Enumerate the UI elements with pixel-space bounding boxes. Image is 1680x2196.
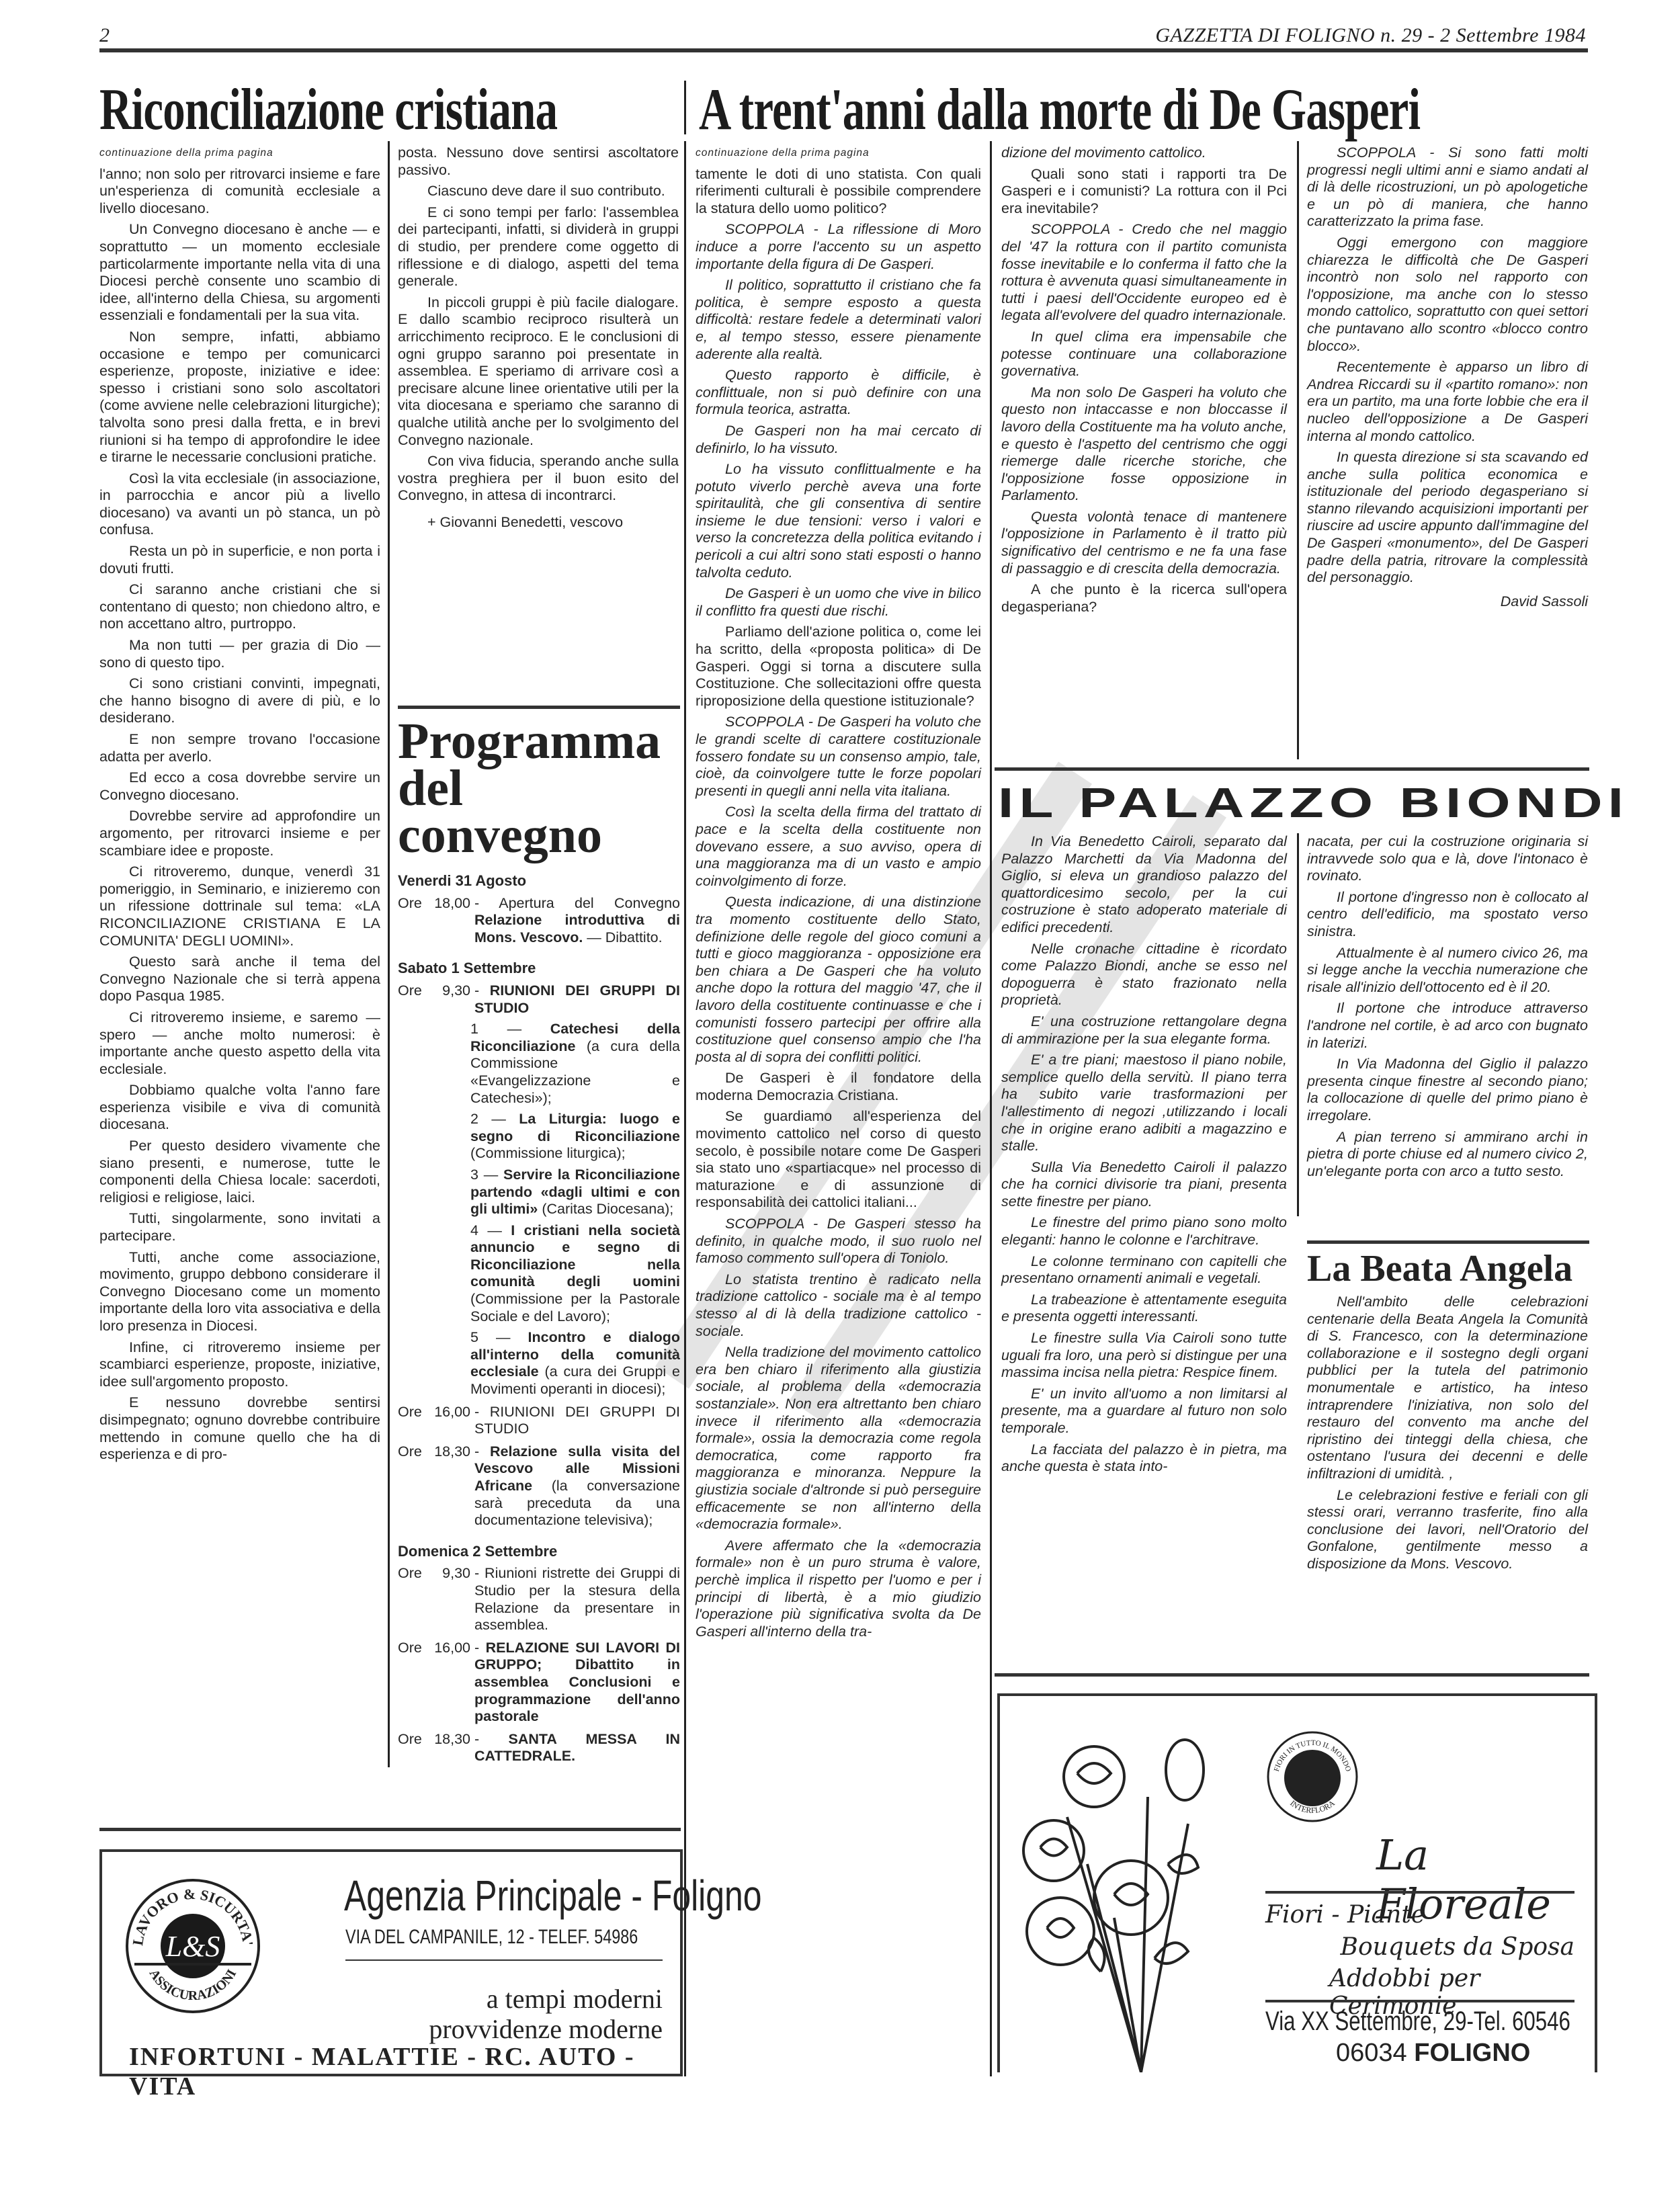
- paragraph: Nell'ambito delle celebrazioni centenari…: [1307, 1294, 1588, 1483]
- paragraph: Le colonne terminano con capitelli che p…: [1001, 1253, 1287, 1287]
- continuation-note: continuazione della prima pagina: [696, 144, 981, 162]
- schedule-description: - RIUNIONI DEI GRUPPI DI STUDIO: [474, 982, 680, 1017]
- paragraph: Recentemente è apparso un libro di Andre…: [1307, 359, 1588, 445]
- schedule-day-heading: Sabato 1 Settembre: [398, 960, 680, 977]
- florist-line-bouquets: Bouquets da Sposa: [1340, 1933, 1574, 1961]
- ad-services: INFORTUNI - MALATTIE - RC. AUTO - VITA: [129, 2042, 680, 2101]
- paragraph: E non sempre trovano l'occasione adatta …: [99, 731, 380, 765]
- paragraph: Le celebrazioni festive e feriali con gl…: [1307, 1487, 1588, 1573]
- schedule-ore-label: Ore: [398, 982, 430, 1017]
- paragraph: Questo rapporto è difficile, è conflittu…: [696, 367, 981, 419]
- florist-address: Via XX Settembre, 29-Tel. 60546: [1265, 2007, 1570, 2037]
- paragraph: Ma non solo De Gasperi ha voluto che que…: [1001, 384, 1287, 505]
- paragraph: nacata, per cui la costruzione originari…: [1307, 833, 1588, 885]
- paragraph: E' un invito all'uomo a non limitarsi al…: [1001, 1386, 1287, 1437]
- schedule-text: - RIUNIONI DEI GRUPPI DI STUDIO: [474, 1404, 680, 1437]
- paragraph: De Gasperi è il fondatore della moderna …: [696, 1070, 981, 1104]
- column-divider: [1297, 833, 1299, 1216]
- paragraph: Questa indicazione, di una distinzione t…: [696, 894, 981, 1066]
- schedule-ore-label: Ore: [398, 895, 430, 947]
- schedule-text: - Apertura del Convegno: [474, 895, 680, 911]
- section-rule: [1307, 1240, 1589, 1244]
- schedule-time: 18,30: [430, 1443, 474, 1529]
- paragraph: Il portone che introduce attraverso l'an…: [1307, 1000, 1588, 1052]
- column-divider: [990, 141, 992, 2076]
- paragraph: Ci sono cristiani convinti, impegnati, c…: [99, 675, 380, 727]
- paragraph: De Gasperi non ha mai cercato di definir…: [696, 423, 981, 457]
- schedule-time: 9,30: [430, 1565, 474, 1634]
- schedule-item: Ore9,30- RIUNIONI DEI GRUPPI DI STUDIO: [398, 982, 680, 1017]
- programma-section: Programma del convegno Venerdi 31 Agosto…: [398, 718, 680, 1765]
- paragraph: Le finestre sulla Via Cairoli sono tutte…: [1001, 1330, 1287, 1382]
- continuation-note: continuazione della prima pagina: [99, 144, 380, 162]
- study-group-item: 4 — I cristiani nella società annuncio e…: [470, 1222, 680, 1326]
- section-rule: [995, 1673, 1589, 1677]
- roses-bouquet-illustration: [1013, 1716, 1242, 2072]
- paragraph: Per questo desidero vivamente che siano …: [99, 1138, 380, 1206]
- study-group-item: 2 — La Liturgia: luogo e segno di Riconc…: [470, 1111, 680, 1163]
- paragraph: Un Convegno diocesano è anche — e soprat…: [99, 221, 380, 325]
- paragraph: Lo ha vissuto conflittualmente e ha potu…: [696, 461, 981, 581]
- author-byline: David Sassoli: [1307, 593, 1588, 611]
- schedule-time: 16,00: [430, 1640, 474, 1726]
- schedule-text: — Dibattito.: [587, 929, 662, 945]
- paragraph: Ci saranno anche cristiani che si conten…: [99, 581, 380, 633]
- paragraph: Dobbiamo qualche volta l'anno fare esper…: [99, 1082, 380, 1134]
- paragraph: In quel clima era impensabile che potess…: [1001, 329, 1287, 380]
- schedule-item: Ore16,00- RIUNIONI DEI GRUPPI DI STUDIO: [398, 1404, 680, 1438]
- signature-bishop: + Giovanni Benedetti, vescovo: [398, 514, 679, 532]
- paragraph: La facciata del palazzo è in pietra, ma …: [1001, 1441, 1287, 1476]
- paragraph: Ci ritroveremo, dunque, venerdì 31 pomer…: [99, 863, 380, 949]
- group-curator: (Commissione liturgica);: [470, 1145, 626, 1161]
- schedule-description: - RIUNIONI DEI GRUPPI DI STUDIO: [474, 1404, 680, 1438]
- schedule-item: Ore18,00- Apertura del Convegno Relazion…: [398, 895, 680, 947]
- section-rule: [398, 706, 680, 709]
- headline-riconciliazione: Riconciliazione cristiana: [99, 81, 557, 140]
- schedule-text-bold: RIUNIONI DEI GRUPPI DI STUDIO: [474, 982, 680, 1016]
- schedule-time: 18,00: [430, 895, 474, 947]
- riconciliazione-column-1: continuazione della prima pagina l'anno;…: [99, 144, 380, 1464]
- paragraph: Questa volontà tenace di mantenere l'opp…: [1001, 509, 1287, 577]
- headline-degasperi: A trent'anni dalla morte di De Gasperi: [699, 81, 1420, 140]
- paragraph: Tutti, singolarmente, sono invitati a pa…: [99, 1210, 380, 1244]
- group-number: 1 —: [470, 1021, 521, 1037]
- beata-angela-body: Nell'ambito delle celebrazioni centenari…: [1307, 1294, 1588, 1573]
- paragraph: SCOPPOLA - Si sono fatti molti progressi…: [1307, 144, 1588, 230]
- ad-rule: [345, 1959, 663, 1961]
- group-number: 4 —: [470, 1222, 502, 1238]
- schedule-description: - Riunioni ristrette dei Gruppi di Studi…: [474, 1565, 680, 1634]
- schedule-item: Ore16,00- RELAZIONE SUI LAVORI DI GRUPPO…: [398, 1640, 680, 1726]
- paragraph: Parliamo dell'azione politica o, come le…: [696, 624, 981, 710]
- headline-beata-angela: La Beata Angela: [1307, 1249, 1572, 1289]
- paragraph: SCOPPOLA - De Gasperi ha voluto che le g…: [696, 714, 981, 800]
- schedule-text: -: [474, 1640, 479, 1656]
- insurance-logo-icon: LAVORO & SICURTA' ASSICURAZIONI L&S: [122, 1875, 263, 2017]
- schedule-time: 9,30: [430, 982, 474, 1017]
- schedule-time: 16,00: [430, 1404, 474, 1438]
- paragraph: A che punto è la ricerca sull'opera dega…: [1001, 581, 1287, 616]
- riconciliazione-column-2: posta. Nessuno dove sentirsi ascoltatore…: [398, 144, 679, 531]
- schedule-description: - Relazione sulla visita del Vescovo all…: [474, 1443, 680, 1529]
- group-number: 5 —: [470, 1329, 511, 1345]
- paragraph: Lo statista trentino è radicato nella tr…: [696, 1271, 981, 1340]
- group-curator: (Commissione per la Pastorale Sociale e …: [470, 1291, 680, 1324]
- paragraph: La trabeazione è attentamente eseguita e…: [1001, 1292, 1287, 1326]
- ad-slogan-line1: a tempi moderni: [487, 1983, 663, 2015]
- study-group-item: 1 — Catechesi della Riconciliazione (a c…: [470, 1021, 680, 1107]
- column-divider: [684, 141, 686, 2076]
- schedule-text: -: [474, 1443, 479, 1460]
- group-number: 2 —: [470, 1111, 506, 1127]
- svg-text:L&S: L&S: [165, 1930, 220, 1963]
- paragraph: Nella tradizione del movimento cattolico…: [696, 1344, 981, 1533]
- schedule-text: -: [474, 1731, 479, 1747]
- header-rule: [99, 48, 1588, 52]
- paragraph: l'anno; non solo per ritrovarci insieme …: [99, 166, 380, 218]
- ad-rule: [1265, 2000, 1574, 2002]
- schedule-item: Ore9,30- Riunioni ristrette dei Gruppi d…: [398, 1565, 680, 1634]
- ad-la-floreale: FIORI IN TUTTO IL MONDO INTERFLORA La Fl…: [997, 1693, 1597, 2072]
- schedule-text-bold: RELAZIONE SUI LAVORI DI GRUPPO; Dibattit…: [474, 1640, 680, 1724]
- degasperi-column-3: SCOPPOLA - Si sono fatti molti progressi…: [1307, 144, 1588, 610]
- paragraph: E ci sono tempi per farlo: l'assemblea d…: [398, 204, 679, 290]
- schedule-text: - Riunioni ristrette dei Gruppi di Studi…: [474, 1565, 680, 1633]
- column-divider: [1297, 141, 1299, 759]
- schedule-ore-label: Ore: [398, 1404, 430, 1438]
- paragraph: In piccoli gruppi è più facile dialogare…: [398, 294, 679, 449]
- degasperi-column-1: continuazione della prima pagina tamente…: [696, 144, 981, 1640]
- paragraph: Non sempre, infatti, abbiamo occasione e…: [99, 329, 380, 466]
- paragraph: Quali sono stati i rapporti tra De Gaspe…: [1001, 166, 1287, 218]
- schedule-description: - Apertura del Convegno Relazione introd…: [474, 895, 680, 947]
- programma-schedule: Venerdi 31 AgostoOre18,00- Apertura del …: [398, 872, 680, 1765]
- page-number: 2: [99, 24, 110, 47]
- schedule-day-heading: Domenica 2 Settembre: [398, 1543, 680, 1560]
- publication-masthead: GAZZETTA DI FOLIGNO n. 29 - 2 Settembre …: [1155, 24, 1586, 47]
- paragraph: Resta un pò in superficie, e non porta i…: [99, 543, 380, 577]
- paragraph: Avere affermato che la «democrazia forma…: [696, 1537, 981, 1641]
- paragraph: Se guardiamo all'esperienza del moviment…: [696, 1108, 981, 1212]
- study-group-item: 5 — Incontro e dialogo all'interno della…: [470, 1329, 680, 1398]
- paragraph: posta. Nessuno dove sentirsi ascoltatore…: [398, 144, 679, 179]
- schedule-ore-label: Ore: [398, 1443, 430, 1529]
- column-divider: [388, 141, 390, 1767]
- paragraph: SCOPPOLA - De Gasperi stesso ha definito…: [696, 1216, 981, 1267]
- ad-rule: [1265, 1891, 1574, 1894]
- interflora-badge-icon: FIORI IN TUTTO IL MONDO INTERFLORA: [1265, 1730, 1359, 1824]
- paragraph: Tutti, anche come associazione, moviment…: [99, 1249, 380, 1335]
- paragraph: Ci ritroveremo insieme, e saremo — spero…: [99, 1009, 380, 1078]
- paragraph: Il portone d'ingresso non è collocato al…: [1307, 889, 1588, 941]
- paragraph: SCOPPOLA - Credo che nel maggio del '47 …: [1001, 221, 1287, 325]
- group-title: I cristiani nella società annuncio e seg…: [470, 1222, 680, 1290]
- programma-title-line1: Programma: [398, 718, 680, 765]
- group-curator: (Caritas Diocesana);: [542, 1201, 673, 1217]
- schedule-time: 18,30: [430, 1731, 474, 1765]
- degasperi-column-2: dizione del movimento cattolico.Quali so…: [1001, 144, 1287, 616]
- paragraph: Sulla Via Benedetto Cairoli il palazzo c…: [1001, 1159, 1287, 1211]
- headline-palazzo-biondi: IL PALAZZO BIONDI: [998, 779, 1629, 827]
- agency-address: VIA DEL CAMPANILE, 12 - TELEF. 54986: [345, 1926, 638, 1949]
- paragraph: Dovrebbe servire ad approfondire un argo…: [99, 808, 380, 859]
- paragraph: Ciascuno deve dare il suo contributo.: [398, 183, 679, 200]
- paragraph: In Via Madonna del Giglio il palazzo pre…: [1307, 1056, 1588, 1124]
- group-number: 3 —: [470, 1167, 498, 1183]
- paragraph: Il politico, soprattutto il cristiano ch…: [696, 277, 981, 363]
- florist-city-name: FOLIGNO: [1414, 2039, 1530, 2067]
- section-rule: [995, 767, 1589, 771]
- paragraph: Le finestre del primo piano sono molto e…: [1001, 1214, 1287, 1249]
- paragraph: De Gasperi è un uomo che vive in bilico …: [696, 585, 981, 620]
- paragraph: Ed ecco a cosa dovrebbe servire un Conve…: [99, 769, 380, 804]
- paragraph: E nessuno dovrebbe sentirsi disimpegnato…: [99, 1394, 380, 1463]
- paragraph: Infine, ci ritroveremo insieme per scamb…: [99, 1339, 380, 1391]
- paragraph: Ma non tutti — per grazia di Dio — sono …: [99, 637, 380, 671]
- agency-name: Agenzia Principale - Foligno: [344, 1871, 762, 1920]
- paragraph: dizione del movimento cattolico.: [1001, 144, 1287, 162]
- palazzo-column-1: In Via Benedetto Cairoli, separato dal P…: [1001, 833, 1287, 1476]
- headline-divider: [684, 81, 686, 134]
- paragraph: Oggi emergono con maggiore chiarezza le …: [1307, 235, 1588, 355]
- study-group-item: 3 — Servire la Riconciliazione partendo …: [470, 1167, 680, 1218]
- paragraph: A pian terreno si ammirano archi in piet…: [1307, 1129, 1588, 1181]
- paragraph: Attualmente è al numero civico 26, ma si…: [1307, 945, 1588, 997]
- ad-lavoro-sicurta: LAVORO & SICURTA' ASSICURAZIONI L&S Agen…: [99, 1849, 683, 2076]
- palazzo-column-2: nacata, per cui la costruzione originari…: [1307, 833, 1588, 1180]
- florist-city: 06034 FOLIGNO: [1336, 2039, 1530, 2068]
- paragraph: Questo sarà anche il tema del Convegno N…: [99, 954, 380, 1005]
- schedule-description: - SANTA MESSA IN CATTEDRALE.: [474, 1731, 680, 1765]
- ad-slogan-line2: provvidenze moderne: [429, 2013, 663, 2045]
- florist-line-fiori-piante: Fiori - Piante: [1265, 1901, 1425, 1929]
- schedule-item: Ore18,30- Relazione sulla visita del Ves…: [398, 1443, 680, 1529]
- paragraph: E' una costruzione rettangolare degna di…: [1001, 1013, 1287, 1048]
- paragraph: SCOPPOLA - La riflessione di Moro induce…: [696, 221, 981, 273]
- programma-title-line2: del convegno: [398, 765, 680, 859]
- schedule-day-heading: Venerdi 31 Agosto: [398, 872, 680, 890]
- paragraph: Così la vita ecclesiale (in associazione…: [99, 470, 380, 539]
- schedule-ore-label: Ore: [398, 1565, 430, 1634]
- section-rule: [99, 1828, 681, 1831]
- paragraph: Nelle cronache cittadine è ricordato com…: [1001, 941, 1287, 1009]
- schedule-ore-label: Ore: [398, 1640, 430, 1726]
- paragraph: In questa direzione si sta scavando ed a…: [1307, 449, 1588, 587]
- paragraph: Con viva fiducia, sperando anche sulla v…: [398, 453, 679, 505]
- schedule-ore-label: Ore: [398, 1731, 430, 1765]
- paragraph: E' a tre piani; maestoso il piano nobile…: [1001, 1052, 1287, 1155]
- schedule-text: -: [474, 982, 479, 999]
- schedule-item: Ore18,30- SANTA MESSA IN CATTEDRALE.: [398, 1731, 680, 1765]
- paragraph: In Via Benedetto Cairoli, separato dal P…: [1001, 833, 1287, 937]
- paragraph: Così la scelta della firma del trattato …: [696, 804, 981, 890]
- paragraph: tamente le doti di uno statista. Con qua…: [696, 166, 981, 218]
- schedule-text-bold: SANTA MESSA IN CATTEDRALE.: [474, 1731, 680, 1765]
- florist-postal-code: 06034: [1336, 2039, 1407, 2067]
- schedule-description: - RELAZIONE SUI LAVORI DI GRUPPO; Dibatt…: [474, 1640, 680, 1726]
